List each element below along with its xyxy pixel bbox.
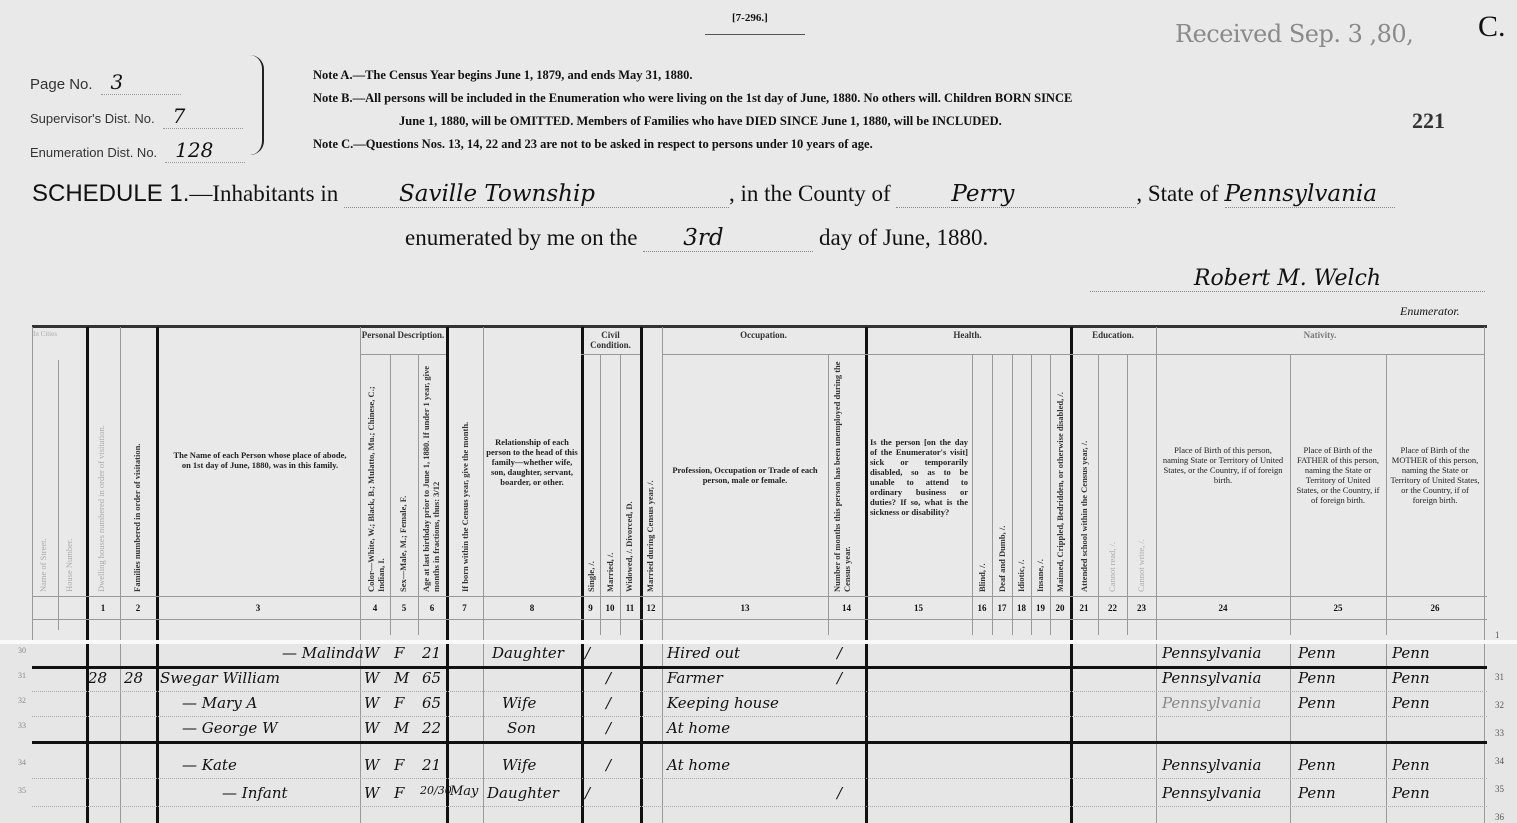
birth-month-cell: May bbox=[450, 784, 478, 799]
census-page: [7-296.] Received Sep. 3 ,80, C. 221 Pag… bbox=[0, 0, 1517, 823]
age-cell: 21 bbox=[422, 756, 441, 774]
blind-header: Blind, /. bbox=[977, 545, 987, 592]
col-number: 3 bbox=[156, 603, 360, 613]
father-birthplace-cell: Penn bbox=[1298, 644, 1336, 662]
col-number: 9 bbox=[581, 603, 600, 613]
sickness-header: Is the person [on the day of the Enumera… bbox=[870, 437, 968, 517]
enumerated-label: enumerated by me on the bbox=[405, 225, 637, 250]
table-row: 28 28 Swegar William W M 65 / Farmer / P… bbox=[32, 669, 1487, 692]
dwelling-header: Dwelling houses numbered in order of vis… bbox=[96, 385, 106, 592]
enumerator-signature: Robert M. Welch bbox=[1090, 266, 1485, 292]
note-b-line1: Note B.—All persons will be included in … bbox=[313, 87, 1072, 110]
father-birthplace-cell: Penn bbox=[1298, 756, 1336, 774]
schedule-prefix: SCHEDULE 1. bbox=[32, 180, 189, 207]
birthplace-cell: Pennsylvania bbox=[1162, 669, 1261, 687]
cannot-read-header: Cannot read, /. bbox=[1107, 515, 1117, 592]
attended-school-header: Attended school within the Census year, … bbox=[1079, 400, 1089, 592]
age-header: Age at last birthday prior to June 1, 18… bbox=[421, 360, 443, 592]
families-header: Families numbered in order of visitation… bbox=[132, 415, 142, 592]
col-number: 19 bbox=[1031, 603, 1050, 613]
col-number: 25 bbox=[1290, 603, 1386, 613]
received-stamp: Received Sep. 3 ,80, bbox=[1175, 20, 1413, 48]
civil-condition-header: Civil Condition. bbox=[581, 330, 640, 350]
dwelling-cell: 28 bbox=[88, 669, 107, 687]
supervisor-district-label: Supervisor's Dist. No. bbox=[30, 111, 155, 126]
inhabitants-label: —Inhabitants in bbox=[189, 181, 338, 206]
col-number: 8 bbox=[483, 603, 581, 613]
father-birthplace-cell: Penn bbox=[1298, 784, 1336, 802]
color-cell: W bbox=[364, 669, 379, 687]
birth-person-header: Place of Birth of this person, naming St… bbox=[1162, 445, 1284, 485]
relation-cell: Daughter bbox=[487, 784, 559, 802]
col-number: 12 bbox=[640, 603, 662, 613]
age-cell: 21 bbox=[422, 644, 441, 662]
cannot-write-header: Cannot write, /. bbox=[1136, 515, 1146, 592]
line-number-left: 33 bbox=[18, 721, 26, 730]
col-number: 5 bbox=[390, 603, 418, 613]
profession-header: Profession, Occupation or Trade of each … bbox=[670, 465, 820, 485]
name-cell: — Kate bbox=[182, 756, 237, 774]
name-cell: Swegar William bbox=[160, 669, 280, 687]
col-number: 16 bbox=[972, 603, 992, 613]
corner-letter: C. bbox=[1478, 10, 1506, 44]
single-cell: / bbox=[585, 784, 590, 802]
color-cell: W bbox=[364, 784, 379, 802]
occupation-cell: Farmer bbox=[667, 669, 723, 687]
birthplace-cell: Pennsylvania bbox=[1162, 644, 1261, 662]
relation-cell: Son bbox=[507, 719, 536, 737]
line-number-right: 32 bbox=[1495, 700, 1504, 710]
personal-description-header: Personal Description. bbox=[360, 330, 446, 340]
line-number-left: 30 bbox=[18, 646, 26, 655]
relation-cell: Wife bbox=[502, 756, 536, 774]
mother-birthplace-cell: Penn bbox=[1392, 784, 1430, 802]
color-cell: W bbox=[364, 719, 379, 737]
born-month-header: If born within the Census year, give the… bbox=[460, 390, 470, 592]
enumeration-district-label: Enumeration Dist. No. bbox=[30, 145, 157, 160]
insane-header: Insane, /. bbox=[1035, 545, 1045, 592]
sex-cell: F bbox=[394, 694, 404, 712]
occupation-cell: At home bbox=[667, 719, 730, 737]
father-birthplace-cell: Penn bbox=[1298, 694, 1336, 712]
unemployed-header: Number of months this person has been un… bbox=[832, 360, 860, 592]
married-header: Married, /. bbox=[605, 540, 615, 592]
married-cell: / bbox=[606, 669, 611, 687]
note-a: Note A.—The Census Year begins June 1, 1… bbox=[313, 64, 1072, 87]
table-row: — Mary A W F 65 Wife / Keeping house Pen… bbox=[32, 694, 1487, 717]
color-cell: W bbox=[364, 756, 379, 774]
line-number-right: 34 bbox=[1495, 756, 1504, 766]
page-number-value: 3 bbox=[101, 70, 181, 95]
col-number: 18 bbox=[1012, 603, 1031, 613]
mother-birthplace-cell: Penn bbox=[1392, 756, 1430, 774]
unemployed-cell: / bbox=[837, 669, 842, 687]
age-cell: 22 bbox=[422, 719, 441, 737]
col-number: 21 bbox=[1070, 603, 1098, 613]
col-number: 6 bbox=[418, 603, 446, 613]
table-top-rule bbox=[32, 325, 1487, 328]
line-number-left: 34 bbox=[18, 758, 26, 767]
notes-block: Note A.—The Census Year begins June 1, 1… bbox=[313, 64, 1072, 156]
unemployed-cell: / bbox=[837, 644, 842, 662]
unemployed-cell: / bbox=[837, 784, 842, 802]
widowed-header: Widowed, /. Divorced, D. bbox=[624, 470, 634, 592]
father-birthplace-cell: Penn bbox=[1298, 669, 1336, 687]
married-cell: / bbox=[606, 719, 611, 737]
birth-mother-header: Place of Birth of the MOTHER of this per… bbox=[1390, 445, 1480, 505]
occupation-header: Occupation. bbox=[662, 330, 865, 340]
line-number-top: 1 bbox=[1495, 630, 1500, 640]
color-header: Color—White, W.; Black, B.; Mulatto, Mu.… bbox=[366, 360, 386, 592]
relationship-header: Relationship of each person to the head … bbox=[486, 437, 578, 487]
in-cities-header: In Cities bbox=[32, 330, 58, 338]
sex-header: Sex—Male, M.; Female, F. bbox=[398, 475, 408, 592]
relation-cell: Wife bbox=[502, 694, 536, 712]
sex-cell: M bbox=[394, 719, 409, 737]
relation-cell: Daughter bbox=[492, 644, 564, 662]
form-number-rule bbox=[705, 34, 805, 35]
col-number: 10 bbox=[600, 603, 620, 613]
name-cell: — Infant bbox=[222, 784, 288, 802]
name-header: The Name of each Person whose place of a… bbox=[170, 450, 350, 470]
col-number: 24 bbox=[1156, 603, 1290, 613]
col-number: 1 bbox=[86, 603, 120, 613]
single-header: Single, /. bbox=[586, 540, 596, 592]
deaf-header: Deaf and Dumb, /. bbox=[997, 495, 1007, 592]
col-number: 2 bbox=[120, 603, 156, 613]
line-number-right: 31 bbox=[1495, 672, 1504, 682]
birthplace-cell: Pennsylvania bbox=[1162, 694, 1261, 712]
sex-cell: F bbox=[394, 756, 404, 774]
birthplace-cell: Pennsylvania bbox=[1162, 784, 1261, 802]
sex-cell: M bbox=[394, 669, 409, 687]
enumeration-district-field: Enumeration Dist. No. 128 bbox=[30, 138, 245, 163]
age-cell: 65 bbox=[422, 694, 441, 712]
col-number: 20 bbox=[1050, 603, 1070, 613]
table-row: — Kate W F 21 Wife / At home Pennsylvani… bbox=[32, 756, 1487, 779]
enumeration-district-value: 128 bbox=[165, 138, 245, 163]
col-number: 14 bbox=[828, 603, 865, 613]
birth-father-header: Place of Birth of the FATHER of this per… bbox=[1294, 445, 1382, 505]
mother-birthplace-cell: Penn bbox=[1392, 694, 1430, 712]
sex-cell: F bbox=[394, 644, 404, 662]
occupation-cell: Hired out bbox=[667, 644, 740, 662]
state-value: Pennsylvania bbox=[1225, 181, 1395, 208]
table-row: — George W W M 22 Son / At home bbox=[32, 719, 1487, 744]
idiotic-header: Idiotic, /. bbox=[1016, 545, 1026, 592]
name-cell: — George W bbox=[182, 719, 278, 737]
mother-birthplace-cell: Penn bbox=[1392, 644, 1430, 662]
name-cell: — Malinda bbox=[282, 644, 364, 662]
col-number: 7 bbox=[446, 603, 483, 613]
sheet-number: 221 bbox=[1412, 108, 1445, 134]
day-value: 3rd bbox=[643, 225, 813, 252]
col-number: 11 bbox=[620, 603, 640, 613]
sex-cell: F bbox=[394, 784, 404, 802]
married-cell: / bbox=[606, 756, 611, 774]
mother-birthplace-cell: Penn bbox=[1392, 669, 1430, 687]
page-number-field: Page No. 3 bbox=[30, 70, 181, 95]
supervisor-district-value: 7 bbox=[163, 104, 243, 129]
supervisor-district-field: Supervisor's Dist. No. 7 bbox=[30, 104, 243, 129]
township-value: Saville Township bbox=[344, 181, 729, 208]
county-value: Perry bbox=[896, 181, 1136, 208]
line-number-left: 31 bbox=[18, 671, 26, 680]
col-number: 23 bbox=[1127, 603, 1156, 613]
maimed-header: Maimed, Crippled, Bedridden, or otherwis… bbox=[1055, 360, 1065, 592]
schedule-heading: SCHEDULE 1.—Inhabitants in Saville Towns… bbox=[32, 180, 1395, 208]
married-cell: / bbox=[606, 694, 611, 712]
col-number: 13 bbox=[662, 603, 828, 613]
col-number: 17 bbox=[992, 603, 1012, 613]
line-number-left: 32 bbox=[18, 696, 26, 705]
occupation-cell: At home bbox=[667, 756, 730, 774]
age-cell: 65 bbox=[422, 669, 441, 687]
note-c: Note C.—Questions Nos. 13, 14, 22 and 23… bbox=[313, 133, 1072, 156]
single-cell: / bbox=[585, 644, 590, 662]
state-label: , State of bbox=[1136, 181, 1218, 206]
street-header: Name of Street. bbox=[38, 500, 48, 592]
nativity-header: Nativity. bbox=[1156, 330, 1484, 340]
line-number-left: 35 bbox=[18, 786, 26, 795]
page-number-label: Page No. bbox=[30, 76, 93, 93]
col-number: 4 bbox=[360, 603, 390, 613]
health-header: Health. bbox=[865, 330, 1070, 340]
county-label: , in the County of bbox=[729, 181, 891, 206]
col-number: 22 bbox=[1098, 603, 1127, 613]
name-cell: — Mary A bbox=[182, 694, 257, 712]
family-cell: 28 bbox=[124, 669, 143, 687]
enumerator-caption: Enumerator. bbox=[1400, 304, 1460, 319]
entries-section: — Malinda W F 21 Daughter / Hired out / … bbox=[0, 644, 1517, 823]
color-cell: W bbox=[364, 644, 379, 662]
age-cell: 20/30 bbox=[420, 784, 452, 797]
married-census-header: Married during Census year, /. bbox=[645, 450, 655, 592]
day-suffix: day of June, 1880. bbox=[819, 225, 988, 250]
house-number-header: House Number. bbox=[64, 500, 74, 592]
line-number-right: 33 bbox=[1495, 728, 1504, 738]
occupation-cell: Keeping house bbox=[667, 694, 779, 712]
table-row: — Infant W F 20/30 May Daughter / / Penn… bbox=[32, 784, 1487, 807]
col-number: 26 bbox=[1386, 603, 1484, 613]
enumeration-date-line: enumerated by me on the 3rd day of June,… bbox=[405, 225, 988, 252]
birthplace-cell: Pennsylvania bbox=[1162, 756, 1261, 774]
brace-divider bbox=[250, 55, 264, 155]
form-number: [7-296.] bbox=[732, 12, 768, 24]
col-number: 15 bbox=[865, 603, 972, 613]
note-b-line2: June 1, 1880, will be OMITTED. Members o… bbox=[313, 110, 1072, 133]
color-cell: W bbox=[364, 694, 379, 712]
line-number-right: 36 bbox=[1495, 812, 1504, 822]
table-row: — Malinda W F 21 Daughter / Hired out / … bbox=[32, 644, 1487, 669]
line-number-right: 35 bbox=[1495, 784, 1504, 794]
education-header: Education. bbox=[1070, 330, 1156, 340]
